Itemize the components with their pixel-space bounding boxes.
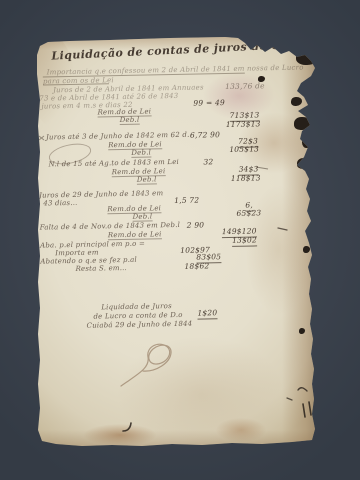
- ink-blot: [287, 398, 292, 400]
- ink-blot: [298, 388, 307, 391]
- aged-paper-sheet: Liquidação de contas de juros do C.el Eu…: [0, 0, 360, 480]
- ink-blot: [39, 136, 44, 140]
- signature-flourish: [121, 344, 171, 386]
- ink-blot: [309, 402, 311, 415]
- ink-blot: [278, 228, 287, 230]
- ink-marks-layer: [0, 0, 360, 480]
- ink-blot: [256, 167, 268, 169]
- ink-blot: [123, 423, 131, 431]
- photo-of-manuscript: Liquidação de contas de juros do C.el Eu…: [0, 0, 360, 480]
- ink-blot: [303, 404, 305, 417]
- circle-mark: [48, 141, 93, 167]
